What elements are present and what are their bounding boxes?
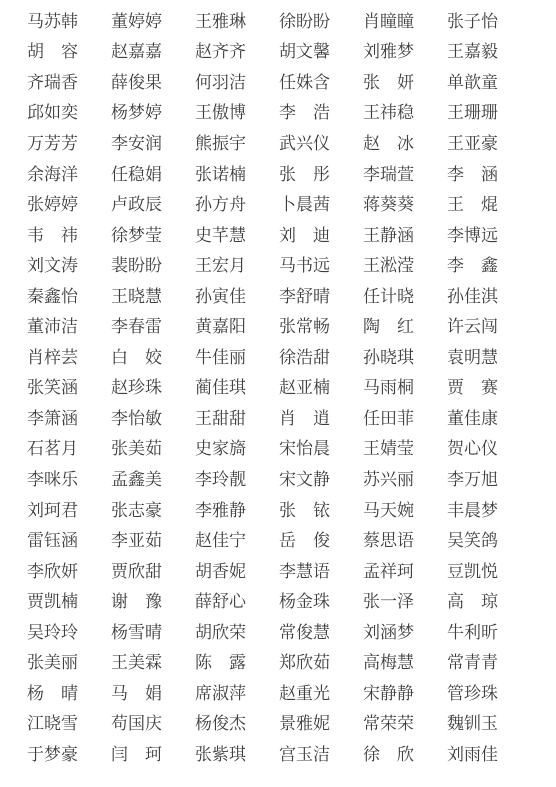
person-name: 秦鑫怡 [27, 282, 78, 307]
person-name: 雷钰涵 [27, 526, 78, 551]
person-name: 卢政辰 [111, 190, 162, 215]
person-name: 吴笑鸽 [447, 526, 498, 551]
person-name: 岳 俊 [279, 526, 330, 551]
person-name: 徐 欣 [363, 740, 414, 765]
person-name: 马雨桐 [363, 373, 414, 398]
person-name: 许云闯 [447, 312, 498, 337]
person-name: 刘雨佳 [447, 740, 498, 765]
roster-row: 刘珂君张志豪李雅静张 铱马天婉丰晨梦 [27, 493, 556, 524]
person-name: 李亚茹 [111, 526, 162, 551]
person-name: 李箫涵 [27, 404, 78, 429]
person-name: 王亚豪 [447, 129, 498, 154]
person-name: 牛佳丽 [195, 343, 246, 368]
roster-row: 秦鑫怡王晓慧孙寅佳李舒晴任计晓孙佳淇 [27, 279, 556, 310]
person-name: 贾欣甜 [111, 557, 162, 582]
person-name: 裴盼盼 [111, 251, 162, 276]
person-name: 韦 祎 [27, 221, 78, 246]
person-name: 景雅妮 [279, 709, 330, 734]
person-name: 张常畅 [279, 312, 330, 337]
person-name: 张婷婷 [27, 190, 78, 215]
person-name: 王嘉毅 [447, 37, 498, 62]
person-name: 胡欣荣 [195, 618, 246, 643]
person-name: 单歆童 [447, 68, 498, 93]
person-name: 杨梦婷 [111, 98, 162, 123]
person-name: 赵嘉嘉 [111, 37, 162, 62]
person-name: 宋静静 [363, 679, 414, 704]
person-name: 何羽洁 [195, 68, 246, 93]
person-name: 孙晓琪 [363, 343, 414, 368]
person-name: 贾 赛 [447, 373, 498, 398]
person-name: 王 焜 [447, 190, 498, 215]
person-name: 管珍珠 [447, 679, 498, 704]
roster-row: 贾凯楠谢 豫薛舒心杨金珠张一泽高 琼 [27, 584, 556, 615]
person-name: 李万旭 [447, 465, 498, 490]
person-name: 常青青 [447, 648, 498, 673]
person-name: 王甜甜 [195, 404, 246, 429]
name-roster: 马苏韩董婷婷王雅琳徐盼盼肖瞳瞳张子怡胡 容赵嘉嘉赵齐齐胡文馨刘雅梦王嘉毅齐瑞香薛… [0, 0, 556, 768]
roster-row: 江晓雪苟国庆杨俊杰景雅妮常荣荣魏钏玉 [27, 707, 556, 738]
roster-row: 于梦豪闫 珂张紫琪宫玉洁徐 欣刘雨佳 [27, 737, 556, 768]
person-name: 杨雪晴 [111, 618, 162, 643]
roster-row: 董沛洁李春雷黄嘉阳张常畅陶 红许云闯 [27, 309, 556, 340]
person-name: 张诺楠 [195, 160, 246, 185]
person-name: 李瑞萱 [363, 160, 414, 185]
roster-row: 韦 祎徐梦莹史芊慧刘 迪王静涵李博远 [27, 218, 556, 249]
person-name: 张一泽 [363, 587, 414, 612]
roster-row: 张婷婷卢政辰孙方舟卜晨茜蒋葵葵王 焜 [27, 187, 556, 218]
person-name: 李 浩 [279, 98, 330, 123]
person-name: 杨 晴 [27, 679, 78, 704]
person-name: 张子怡 [447, 7, 498, 32]
person-name: 赵 冰 [363, 129, 414, 154]
roster-row: 马苏韩董婷婷王雅琳徐盼盼肖瞳瞳张子怡 [27, 4, 556, 35]
person-name: 薛舒心 [195, 587, 246, 612]
person-name: 李雅静 [195, 496, 246, 521]
roster-row: 万芳芳李安润熊振宇武兴仪赵 冰王亚豪 [27, 126, 556, 157]
person-name: 石茗月 [27, 434, 78, 459]
roster-row: 肖梓芸白 姣牛佳丽徐浩甜孙晓琪袁明慧 [27, 340, 556, 371]
person-name: 卜晨茜 [279, 190, 330, 215]
roster-row: 邱如奕杨梦婷王傲博李 浩王祎稳王珊珊 [27, 96, 556, 127]
person-name: 孟鑫美 [111, 465, 162, 490]
roster-row: 李咪乐孟鑫美李玲靓宋文静苏兴丽李万旭 [27, 462, 556, 493]
roster-row: 杨 晴马 娟席淑萍赵重光宋静静管珍珠 [27, 676, 556, 707]
person-name: 董佳康 [447, 404, 498, 429]
person-name: 刘珂君 [27, 496, 78, 521]
person-name: 白 姣 [111, 343, 162, 368]
person-name: 李玲靓 [195, 465, 246, 490]
person-name: 王珊珊 [447, 98, 498, 123]
person-name: 徐梦莹 [111, 221, 162, 246]
person-name: 赵重光 [279, 679, 330, 704]
person-name: 张笑涵 [27, 373, 78, 398]
roster-row: 胡 容赵嘉嘉赵齐齐胡文馨刘雅梦王嘉毅 [27, 35, 556, 66]
roster-row: 刘文涛裴盼盼王宏月马书远王淞滢李 鑫 [27, 248, 556, 279]
person-name: 王淞滢 [363, 251, 414, 276]
person-name: 张 铱 [279, 496, 330, 521]
person-name: 任田菲 [363, 404, 414, 429]
person-name: 赵亚楠 [279, 373, 330, 398]
roster-row: 李箫涵李怡敏王甜甜肖 逍任田菲董佳康 [27, 401, 556, 432]
person-name: 余海洋 [27, 160, 78, 185]
person-name: 史家旖 [195, 434, 246, 459]
person-name: 丰晨梦 [447, 496, 498, 521]
person-name: 宋怡晨 [279, 434, 330, 459]
person-name: 谢 豫 [111, 587, 162, 612]
person-name: 吴玲玲 [27, 618, 78, 643]
person-name: 蒋葵葵 [363, 190, 414, 215]
person-name: 孙佳淇 [447, 282, 498, 307]
person-name: 肖瞳瞳 [363, 7, 414, 32]
roster-row: 齐瑞香薛俊果何羽洁任姝含张 妍单歆童 [27, 65, 556, 96]
person-name: 魏钏玉 [447, 709, 498, 734]
roster-row: 李欣妍贾欣甜胡香妮李慧语孟祥珂豆凯悦 [27, 554, 556, 585]
person-name: 豆凯悦 [447, 557, 498, 582]
person-name: 李 涵 [447, 160, 498, 185]
person-name: 武兴仪 [279, 129, 330, 154]
person-name: 胡香妮 [195, 557, 246, 582]
person-name: 任稳娟 [111, 160, 162, 185]
person-name: 宋文静 [279, 465, 330, 490]
person-name: 刘雅梦 [363, 37, 414, 62]
person-name: 蔡思语 [363, 526, 414, 551]
person-name: 赵齐齐 [195, 37, 246, 62]
roster-row: 石茗月张美茹史家旖宋怡晨王婧莹贺心仪 [27, 432, 556, 463]
person-name: 王晓慧 [111, 282, 162, 307]
person-name: 高 琼 [447, 587, 498, 612]
person-name: 任计晓 [363, 282, 414, 307]
roster-row: 张笑涵赵珍珠蔺佳琪赵亚楠马雨桐贾 赛 [27, 371, 556, 402]
person-name: 肖梓芸 [27, 343, 78, 368]
person-name: 杨金珠 [279, 587, 330, 612]
person-name: 任姝含 [279, 68, 330, 93]
person-name: 齐瑞香 [27, 68, 78, 93]
person-name: 李安润 [111, 129, 162, 154]
person-name: 张 妍 [363, 68, 414, 93]
person-name: 张美丽 [27, 648, 78, 673]
person-name: 李舒晴 [279, 282, 330, 307]
person-name: 马书远 [279, 251, 330, 276]
person-name: 于梦豪 [27, 740, 78, 765]
person-name: 邱如奕 [27, 98, 78, 123]
person-name: 马苏韩 [27, 7, 78, 32]
person-name: 王静涵 [363, 221, 414, 246]
person-name: 徐盼盼 [279, 7, 330, 32]
person-name: 陶 红 [363, 312, 414, 337]
person-name: 闫 珂 [111, 740, 162, 765]
person-name: 常俊慧 [279, 618, 330, 643]
person-name: 陈 露 [195, 648, 246, 673]
person-name: 孙寅佳 [195, 282, 246, 307]
person-name: 杨俊杰 [195, 709, 246, 734]
person-name: 席淑萍 [195, 679, 246, 704]
person-name: 王雅琳 [195, 7, 246, 32]
person-name: 马天婉 [363, 496, 414, 521]
person-name: 肖 逍 [279, 404, 330, 429]
person-name: 胡 容 [27, 37, 78, 62]
person-name: 薛俊果 [111, 68, 162, 93]
person-name: 李怡敏 [111, 404, 162, 429]
roster-row: 余海洋任稳娟张诺楠张 彤李瑞萱李 涵 [27, 157, 556, 188]
person-name: 苟国庆 [111, 709, 162, 734]
person-name: 张 彤 [279, 160, 330, 185]
person-name: 王祎稳 [363, 98, 414, 123]
person-name: 蔺佳琪 [195, 373, 246, 398]
person-name: 袁明慧 [447, 343, 498, 368]
person-name: 牛利昕 [447, 618, 498, 643]
person-name: 赵佳宁 [195, 526, 246, 551]
person-name: 江晓雪 [27, 709, 78, 734]
person-name: 刘 迪 [279, 221, 330, 246]
person-name: 贺心仪 [447, 434, 498, 459]
person-name: 赵珍珠 [111, 373, 162, 398]
person-name: 苏兴丽 [363, 465, 414, 490]
roster-row: 张美丽王美霖陈 露郑欣茹高梅慧常青青 [27, 645, 556, 676]
person-name: 李 鑫 [447, 251, 498, 276]
person-name: 李咪乐 [27, 465, 78, 490]
roster-row: 雷钰涵李亚茹赵佳宁岳 俊蔡思语吴笑鸽 [27, 523, 556, 554]
person-name: 王美霖 [111, 648, 162, 673]
person-name: 王宏月 [195, 251, 246, 276]
person-name: 熊振宇 [195, 129, 246, 154]
person-name: 黄嘉阳 [195, 312, 246, 337]
person-name: 王婧莹 [363, 434, 414, 459]
person-name: 刘涵梦 [363, 618, 414, 643]
person-name: 万芳芳 [27, 129, 78, 154]
person-name: 马 娟 [111, 679, 162, 704]
person-name: 李欣妍 [27, 557, 78, 582]
person-name: 史芊慧 [195, 221, 246, 246]
person-name: 高梅慧 [363, 648, 414, 673]
person-name: 李博远 [447, 221, 498, 246]
person-name: 郑欣茹 [279, 648, 330, 673]
person-name: 董婷婷 [111, 7, 162, 32]
person-name: 李慧语 [279, 557, 330, 582]
person-name: 张美茹 [111, 434, 162, 459]
person-name: 张紫琪 [195, 740, 246, 765]
roster-row: 吴玲玲杨雪晴胡欣荣常俊慧刘涵梦牛利昕 [27, 615, 556, 646]
person-name: 贾凯楠 [27, 587, 78, 612]
person-name: 张志豪 [111, 496, 162, 521]
person-name: 孙方舟 [195, 190, 246, 215]
person-name: 董沛洁 [27, 312, 78, 337]
person-name: 徐浩甜 [279, 343, 330, 368]
person-name: 李春雷 [111, 312, 162, 337]
person-name: 孟祥珂 [363, 557, 414, 582]
person-name: 胡文馨 [279, 37, 330, 62]
person-name: 常荣荣 [363, 709, 414, 734]
person-name: 刘文涛 [27, 251, 78, 276]
person-name: 宫玉洁 [279, 740, 330, 765]
person-name: 王傲博 [195, 98, 246, 123]
